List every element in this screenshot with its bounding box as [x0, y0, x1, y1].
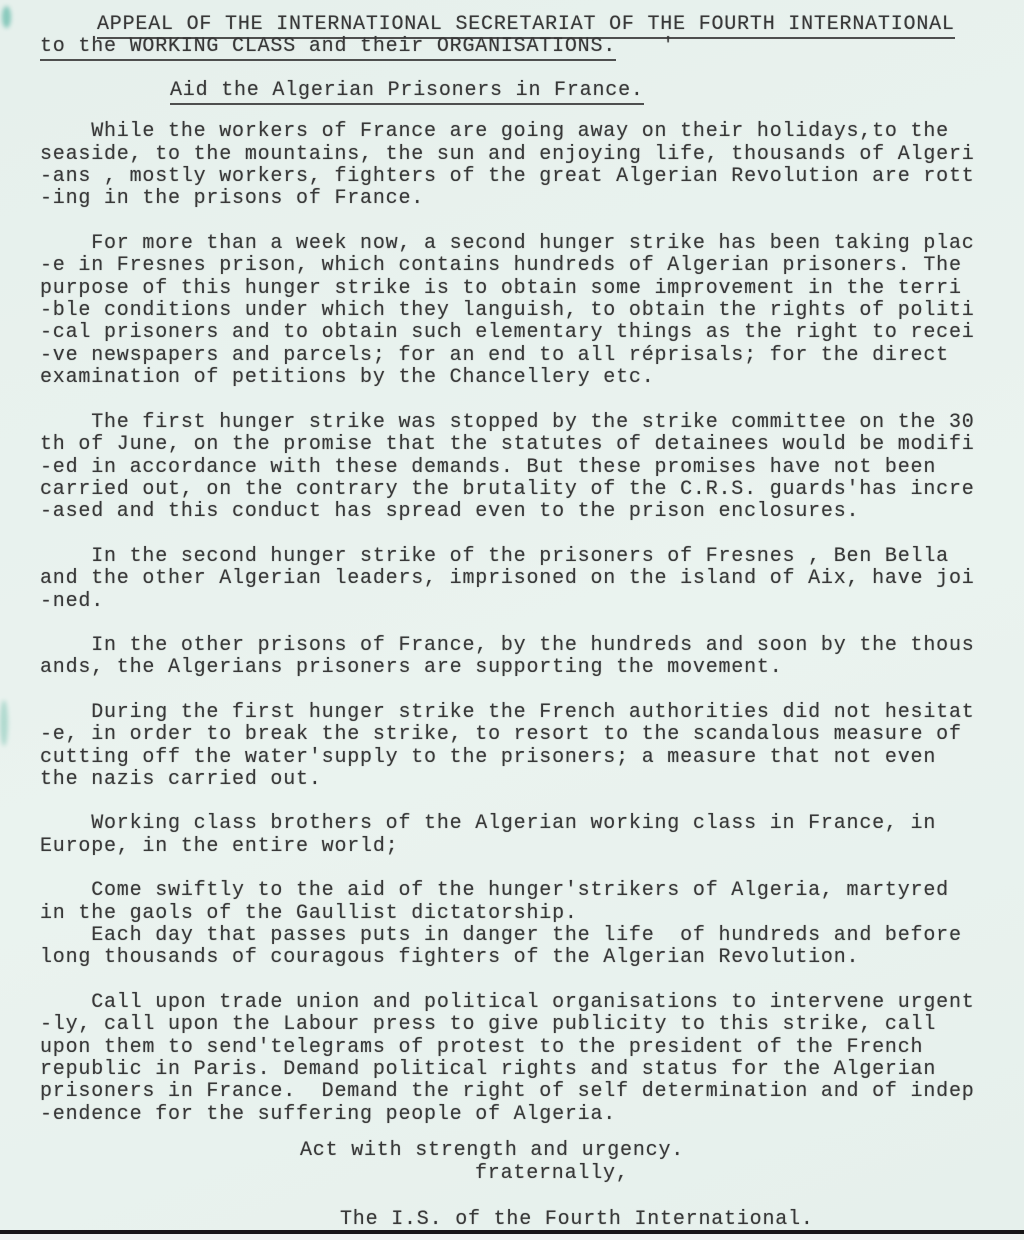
stray-mark: ' — [662, 35, 675, 58]
paragraph-9: Call upon trade union and political orga… — [40, 992, 994, 1126]
title-line-2: to the WORKING CLASS and their ORGANISAT… — [40, 35, 616, 61]
closing-line-1: Act with strength and urgency. — [40, 1140, 994, 1162]
paragraph-8: Come swiftly to the aid of the hunger'st… — [40, 880, 994, 970]
paragraph-3: The first hunger strike was stopped by t… — [40, 412, 994, 524]
paragraph-5: In the other prisons of France, by the h… — [40, 635, 994, 680]
paragraph-6: During the first hunger strike the Frenc… — [40, 702, 994, 792]
scan-bottom-edge — [0, 1230, 1024, 1240]
document-closing: Act with strength and urgency. fraternal… — [40, 1140, 994, 1231]
paragraph-4: In the second hunger strike of the priso… — [40, 546, 994, 613]
subtitle: Aid the Algerian Prisoners in France. — [170, 79, 644, 105]
title-row-1: APPEAL OF THE INTERNATIONAL SECRETARIAT … — [40, 14, 994, 36]
scan-smudge-left-icon — [0, 700, 8, 746]
scan-smudge-top-icon — [2, 6, 11, 28]
document-body: While the workers of France are going aw… — [40, 121, 994, 1126]
subtitle-row: Aid the Algerian Prisoners in France. — [40, 80, 994, 102]
signature: The I.S. of the Fourth International. — [40, 1209, 994, 1231]
paragraph-1: While the workers of France are going aw… — [40, 121, 994, 211]
closing-line-2: fraternally, — [40, 1163, 994, 1185]
paragraph-7: Working class brothers of the Algerian w… — [40, 813, 994, 858]
title-row-2: to the WORKING CLASS and their ORGANISAT… — [40, 36, 994, 58]
document-page: APPEAL OF THE INTERNATIONAL SECRETARIAT … — [0, 0, 1024, 1240]
paragraph-2: For more than a week now, a second hunge… — [40, 233, 994, 390]
document-header: APPEAL OF THE INTERNATIONAL SECRETARIAT … — [40, 14, 994, 59]
